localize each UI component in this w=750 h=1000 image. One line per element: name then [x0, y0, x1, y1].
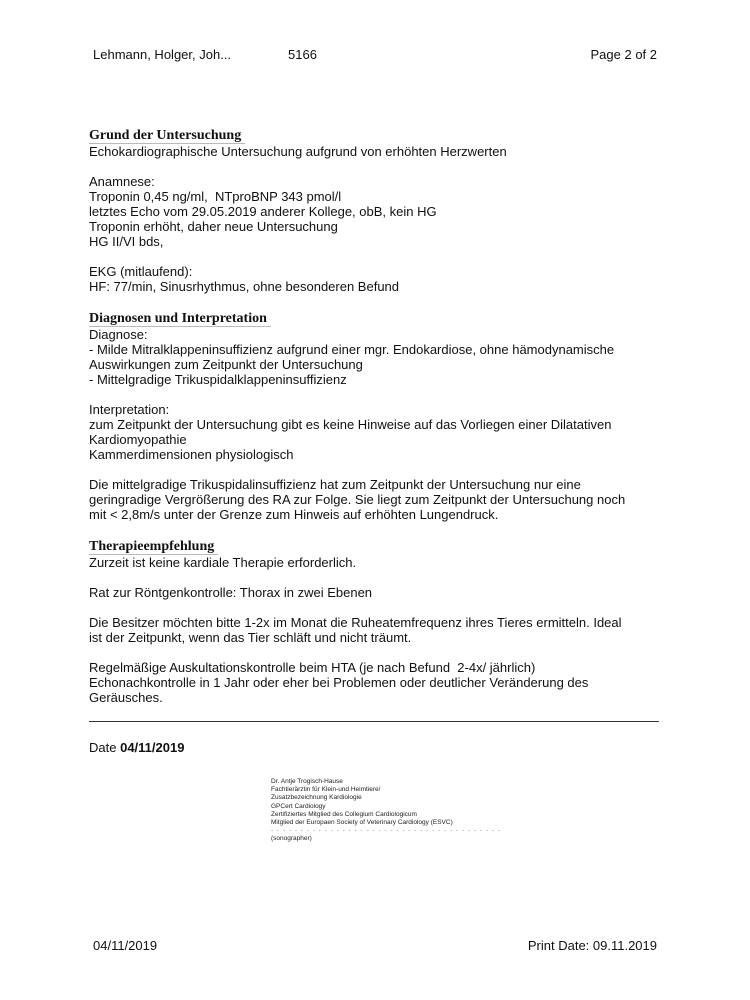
- header-patient-name: Lehmann, Holger, Joh...: [93, 47, 231, 62]
- report-date: Date 04/11/2019: [89, 740, 184, 755]
- text-line: ist der Zeitpunkt, wenn das Tier schläft…: [89, 630, 659, 645]
- section-title: Grund der Untersuchung: [89, 128, 245, 144]
- signature-line: Zusatzbezeichnung Kardiologie: [271, 794, 501, 802]
- text-line: mit < 2,8m/s unter der Grenze zum Hinwei…: [89, 507, 659, 522]
- text-line: Kardiomyopathie: [89, 432, 659, 447]
- blank-line: [89, 645, 659, 660]
- section-title: Diagnosen und Interpretation: [89, 311, 271, 327]
- blank-line: [89, 600, 659, 615]
- text-line: - Milde Mitralklappeninsuffizienz aufgru…: [89, 342, 659, 357]
- text-line: Regelmäßige Auskultationskontrolle beim …: [89, 660, 659, 675]
- text-line: Troponin 0,45 ng/ml, NTproBNP 343 pmol/l: [89, 189, 659, 204]
- date-value: 04/11/2019: [120, 740, 184, 755]
- signature-line: Mitglied der Europaen Society of Veterin…: [271, 819, 501, 827]
- text-line: Diagnose:: [89, 327, 659, 342]
- text-line: letztes Echo vom 29.05.2019 anderer Koll…: [89, 204, 659, 219]
- text-line: HF: 77/min, Sinusrhythmus, ohne besonder…: [89, 279, 659, 294]
- text-line: zum Zeitpunkt der Untersuchung gibt es k…: [89, 417, 659, 432]
- blank-line: [89, 387, 659, 402]
- blank-line: [89, 570, 659, 585]
- blank-line: [89, 159, 659, 174]
- signature-line: Fachtierärztin für Klein-und Heimtiere/: [271, 786, 501, 794]
- signature-line: GPCert Cardiology: [271, 803, 501, 811]
- text-line: Kammerdimensionen physiologisch: [89, 447, 659, 462]
- text-line: geringradige Vergrößerung des RA zur Fol…: [89, 492, 659, 507]
- section-gap: [89, 294, 659, 309]
- header-patient-id: 5166: [288, 47, 317, 62]
- signature-dotted-line: - - - - - - - - - - - - - - - - - - - - …: [271, 827, 501, 835]
- date-label: Date: [89, 740, 116, 755]
- footer-print-date: Print Date: 09.11.2019: [528, 938, 657, 953]
- header-page-number: Page 2 of 2: [591, 47, 658, 62]
- blank-line: [89, 462, 659, 477]
- text-line: Interpretation:: [89, 402, 659, 417]
- signature-block: Dr. Antje Trogisch-Hause Fachtierärztin …: [271, 778, 501, 844]
- text-line: - Mittelgradige Trikuspidalklappeninsuff…: [89, 372, 659, 387]
- text-line: Echokardiographische Untersuchung aufgru…: [89, 144, 659, 159]
- text-line: Troponin erhöht, daher neue Untersuchung: [89, 219, 659, 234]
- signature-role: (sonographer): [271, 835, 501, 843]
- report-body: Grund der UntersuchungEchokardiographisc…: [89, 126, 659, 705]
- text-line: Rat zur Röntgenkontrolle: Thorax in zwei…: [89, 585, 659, 600]
- text-line: Auswirkungen zum Zeitpunkt der Untersuch…: [89, 357, 659, 372]
- text-line: EKG (mitlaufend):: [89, 264, 659, 279]
- divider-line: [89, 721, 659, 722]
- section-title: Therapieempfehlung: [89, 539, 218, 555]
- footer-date: 04/11/2019: [93, 938, 157, 953]
- text-line: Geräusches.: [89, 690, 659, 705]
- section-gap: [89, 522, 659, 537]
- blank-line: [89, 249, 659, 264]
- text-line: HG II/VI bds,: [89, 234, 659, 249]
- text-line: Die mittelgradige Trikuspidalinsuffizien…: [89, 477, 659, 492]
- text-line: Anamnese:: [89, 174, 659, 189]
- text-line: Die Besitzer möchten bitte 1-2x im Monat…: [89, 615, 659, 630]
- text-line: Echonachkontrolle in 1 Jahr oder eher be…: [89, 675, 659, 690]
- signature-line: Dr. Antje Trogisch-Hause: [271, 778, 501, 786]
- text-line: Zurzeit ist keine kardiale Therapie erfo…: [89, 555, 659, 570]
- signature-line: Zertifiziertes Mitglied des Collegium Ca…: [271, 811, 501, 819]
